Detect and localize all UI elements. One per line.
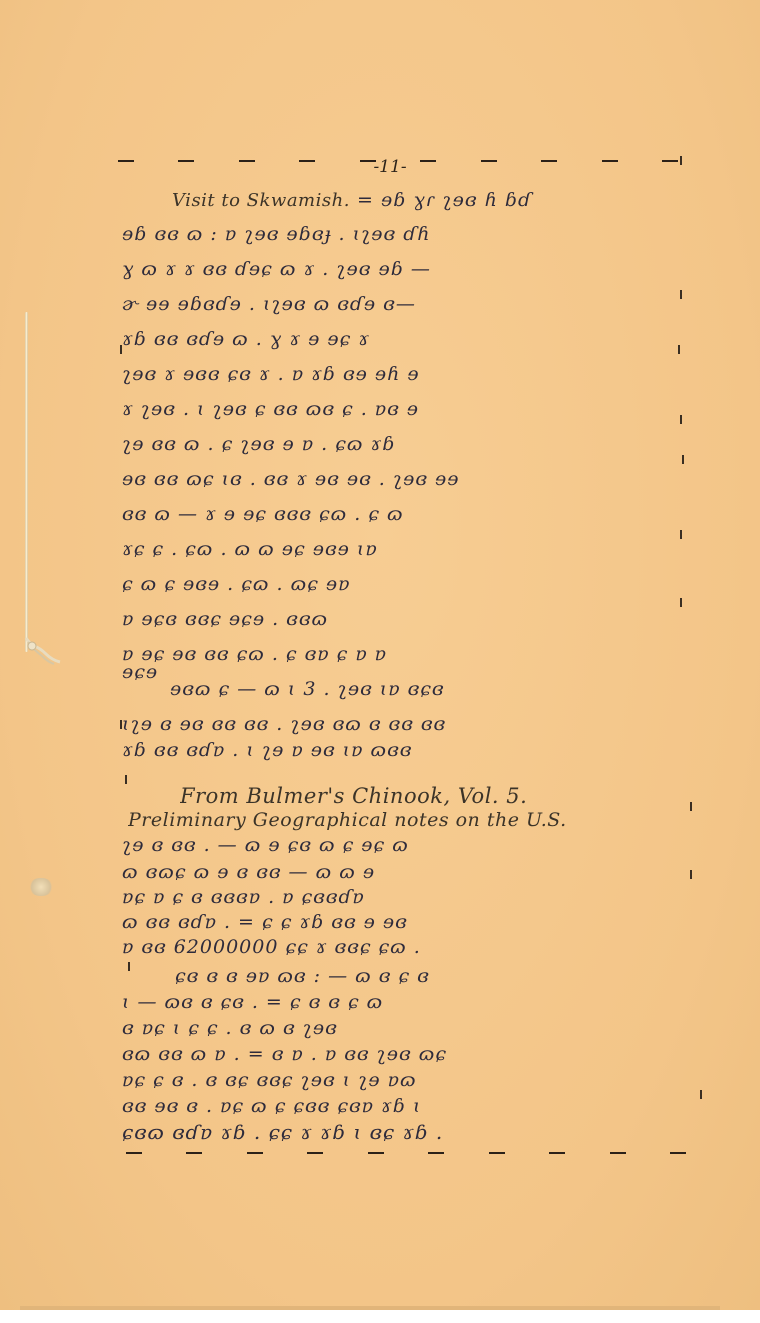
shorthand-line: ɐɕ ɕ ɞ . ɞ ɞɕ ɞɞɕ ʅɘɞ ɩ ʅɘ ɐɷ [122,1068,682,1092]
heading-visit-to-skwamish: Visit to Skwamish. [172,190,350,211]
punch-hole [28,878,54,896]
shorthand-line: ɐ ɘɕɞ ɞɞɕ ɘɕɘ . ɞɞɷ [122,607,682,631]
margin-mark [690,802,692,811]
margin-mark [120,720,122,729]
margin-mark [125,775,127,784]
shorthand-line: ɞɷ ɞɞ ɷ ɐ . = ɞ ɐ . ɐ ɞɞ ʅɘɞ ɷɕ [122,1042,682,1066]
shorthand-line: ɤɓ ɞɞ ɞɗɐ . ɩ ʅɘ ɐ ɘɞ ɩɐ ɷɞɞ [122,738,682,762]
shorthand-line: ɤ ʅɘɞ . ɩ ʅɘɞ ɕ ɞɞ ɷɞ ɕ . ɐɞ ɘ [122,397,682,421]
shorthand-line: ɐɕ ɐ ɕ ɞ ɞɞɞɐ . ɐ ɕɞɞɗɐ [122,885,682,909]
margin-mark [128,962,130,971]
shorthand-line: ɚ ɘɘ ɘɓɞɗɘ . ɩʅɘɞ ɷ ɞɗɘ ɞ— [122,292,682,316]
shorthand-line: ʅɘɞ ɤ ɘɞɞ ɕɞ ɤ . ɐ ɤɓ ɞɘ ɘɦ ɘ [122,362,682,386]
binding-knot-icon [24,636,64,666]
bottom-dashed-rule [126,1152,686,1155]
shorthand-line: ɘɓ ɞɞ ɷ : ɐ ʅɘɞ ɘɓɞɟ . ɩʅɘɞ ɗɦ [122,222,682,246]
margin-mark [680,290,682,299]
document-page: -11- Visit to Skwamish. = ɘɓ ɣɾ ʅɘɞ ɦ ɓɗ… [0,0,760,1312]
shorthand-line: ɕɞɷ ɞɗɐ ɤɓ . ɕɕ ɤ ɤɓ ɩ ɞɕ ɤɓ . [122,1120,682,1144]
shorthand-line: ɞɞ ɘɞ ɞ . ɐɕ ɷ ɕ ɕɞɞ ɕɞɐ ɤɓ ɩ [122,1094,682,1118]
subheading-preliminary-geographical-notes: Preliminary Geographical notes on the U.… [128,808,688,832]
shorthand-line: ɷ ɞɷɕ ɷ ɘ ɞ ɞɞ — ɷ ɷ ɘ [122,860,682,884]
shorthand-line: ɞ ɐɕ ɩ ɕ ɕ . ɞ ɷ ɞ ʅɘɞ [122,1016,682,1040]
margin-mark [680,530,682,539]
shorthand-line: ɘɞɷ ɕ — ɷ ɩ 3 . ʅɘɞ ɩɐ ɞɕɞ [170,677,682,701]
margin-mark [680,415,682,424]
text-line-1: Visit to Skwamish. = ɘɓ ɣɾ ʅɘɞ ɦ ɓɗ [172,188,682,213]
margin-mark [120,345,122,354]
background-strip [0,1310,760,1323]
shorthand-line: ʅɘ ɞ ɞɞ . — ɷ ɘ ɕɞ ɷ ɕ ɘɕ ɷ [122,833,682,857]
shorthand-line: ɷ ɞɞ ɞɗɐ . = ɕ ɕ ɤɓ ɞɞ ɘ ɘɞ [122,910,682,934]
shorthand-line: ɞɞ ɷ — ɤ ɘ ɘɕ ɞɞɞ ɕɷ . ɕ ɷ [122,502,682,526]
margin-mark [680,156,682,165]
shorthand-line: ɤɓ ɞɞ ɞɗɘ ɷ . ɣ ɤ ɘ ɘɕ ɤ [122,327,682,351]
margin-mark [680,598,682,607]
shorthand-line: ʅɘ ɞɞ ɷ . ɕ ʅɘɞ ɘ ɐ . ɕɷ ɤɓ [122,432,682,456]
margin-mark [700,1090,702,1099]
shorthand-line: ɕɞ ɞ ɞ ɘɐ ɷɞ : — ɷ ɞ ɕ ɞ [175,964,682,988]
margin-mark [678,345,680,354]
shorthand-line-with-number: ɐ ɞɞ 62000000 ɕɕ ɤ ɞɞɕ ɕɷ . [122,935,682,959]
shorthand-line: ɩ — ɷɞ ɞ ɕɞ . = ɕ ɞ ɞ ɕ ɷ [122,990,682,1014]
shorthand-line: ɤɕ ɕ . ɕɷ . ɷ ɷ ɘɕ ɘɞɘ ɩɐ [122,537,682,561]
page-number: -11- [360,157,420,177]
margin-mark [690,870,692,879]
shorthand-line: ɘɞ ɞɞ ɷɕ ɩɞ . ɞɞ ɤ ɘɞ ɘɞ . ʅɘɞ ɘɘ [122,467,682,491]
margin-mark [682,455,684,464]
shorthand-line: ɕ ɷ ɕ ɘɞɘ . ɕɷ . ɷɕ ɘɐ [122,572,682,596]
shorthand-line: ɣ ɷ ɤ ɤ ɞɞ ɗɘɕ ɷ ɤ . ʅɘɞ ɘɓ — [122,257,682,281]
heading-from-bulmers-chinook: From Bulmer's Chinook, Vol. 5. [180,784,740,808]
shorthand-line: ɩʅɘ ɞ ɘɞ ɞɞ ɞɞ . ʅɘɞ ɞɷ ɞ ɞɞ ɞɞ [122,712,682,736]
binding-string [25,312,28,652]
shorthand-text: = ɘɓ ɣɾ ʅɘɞ ɦ ɓɗ [357,189,532,211]
